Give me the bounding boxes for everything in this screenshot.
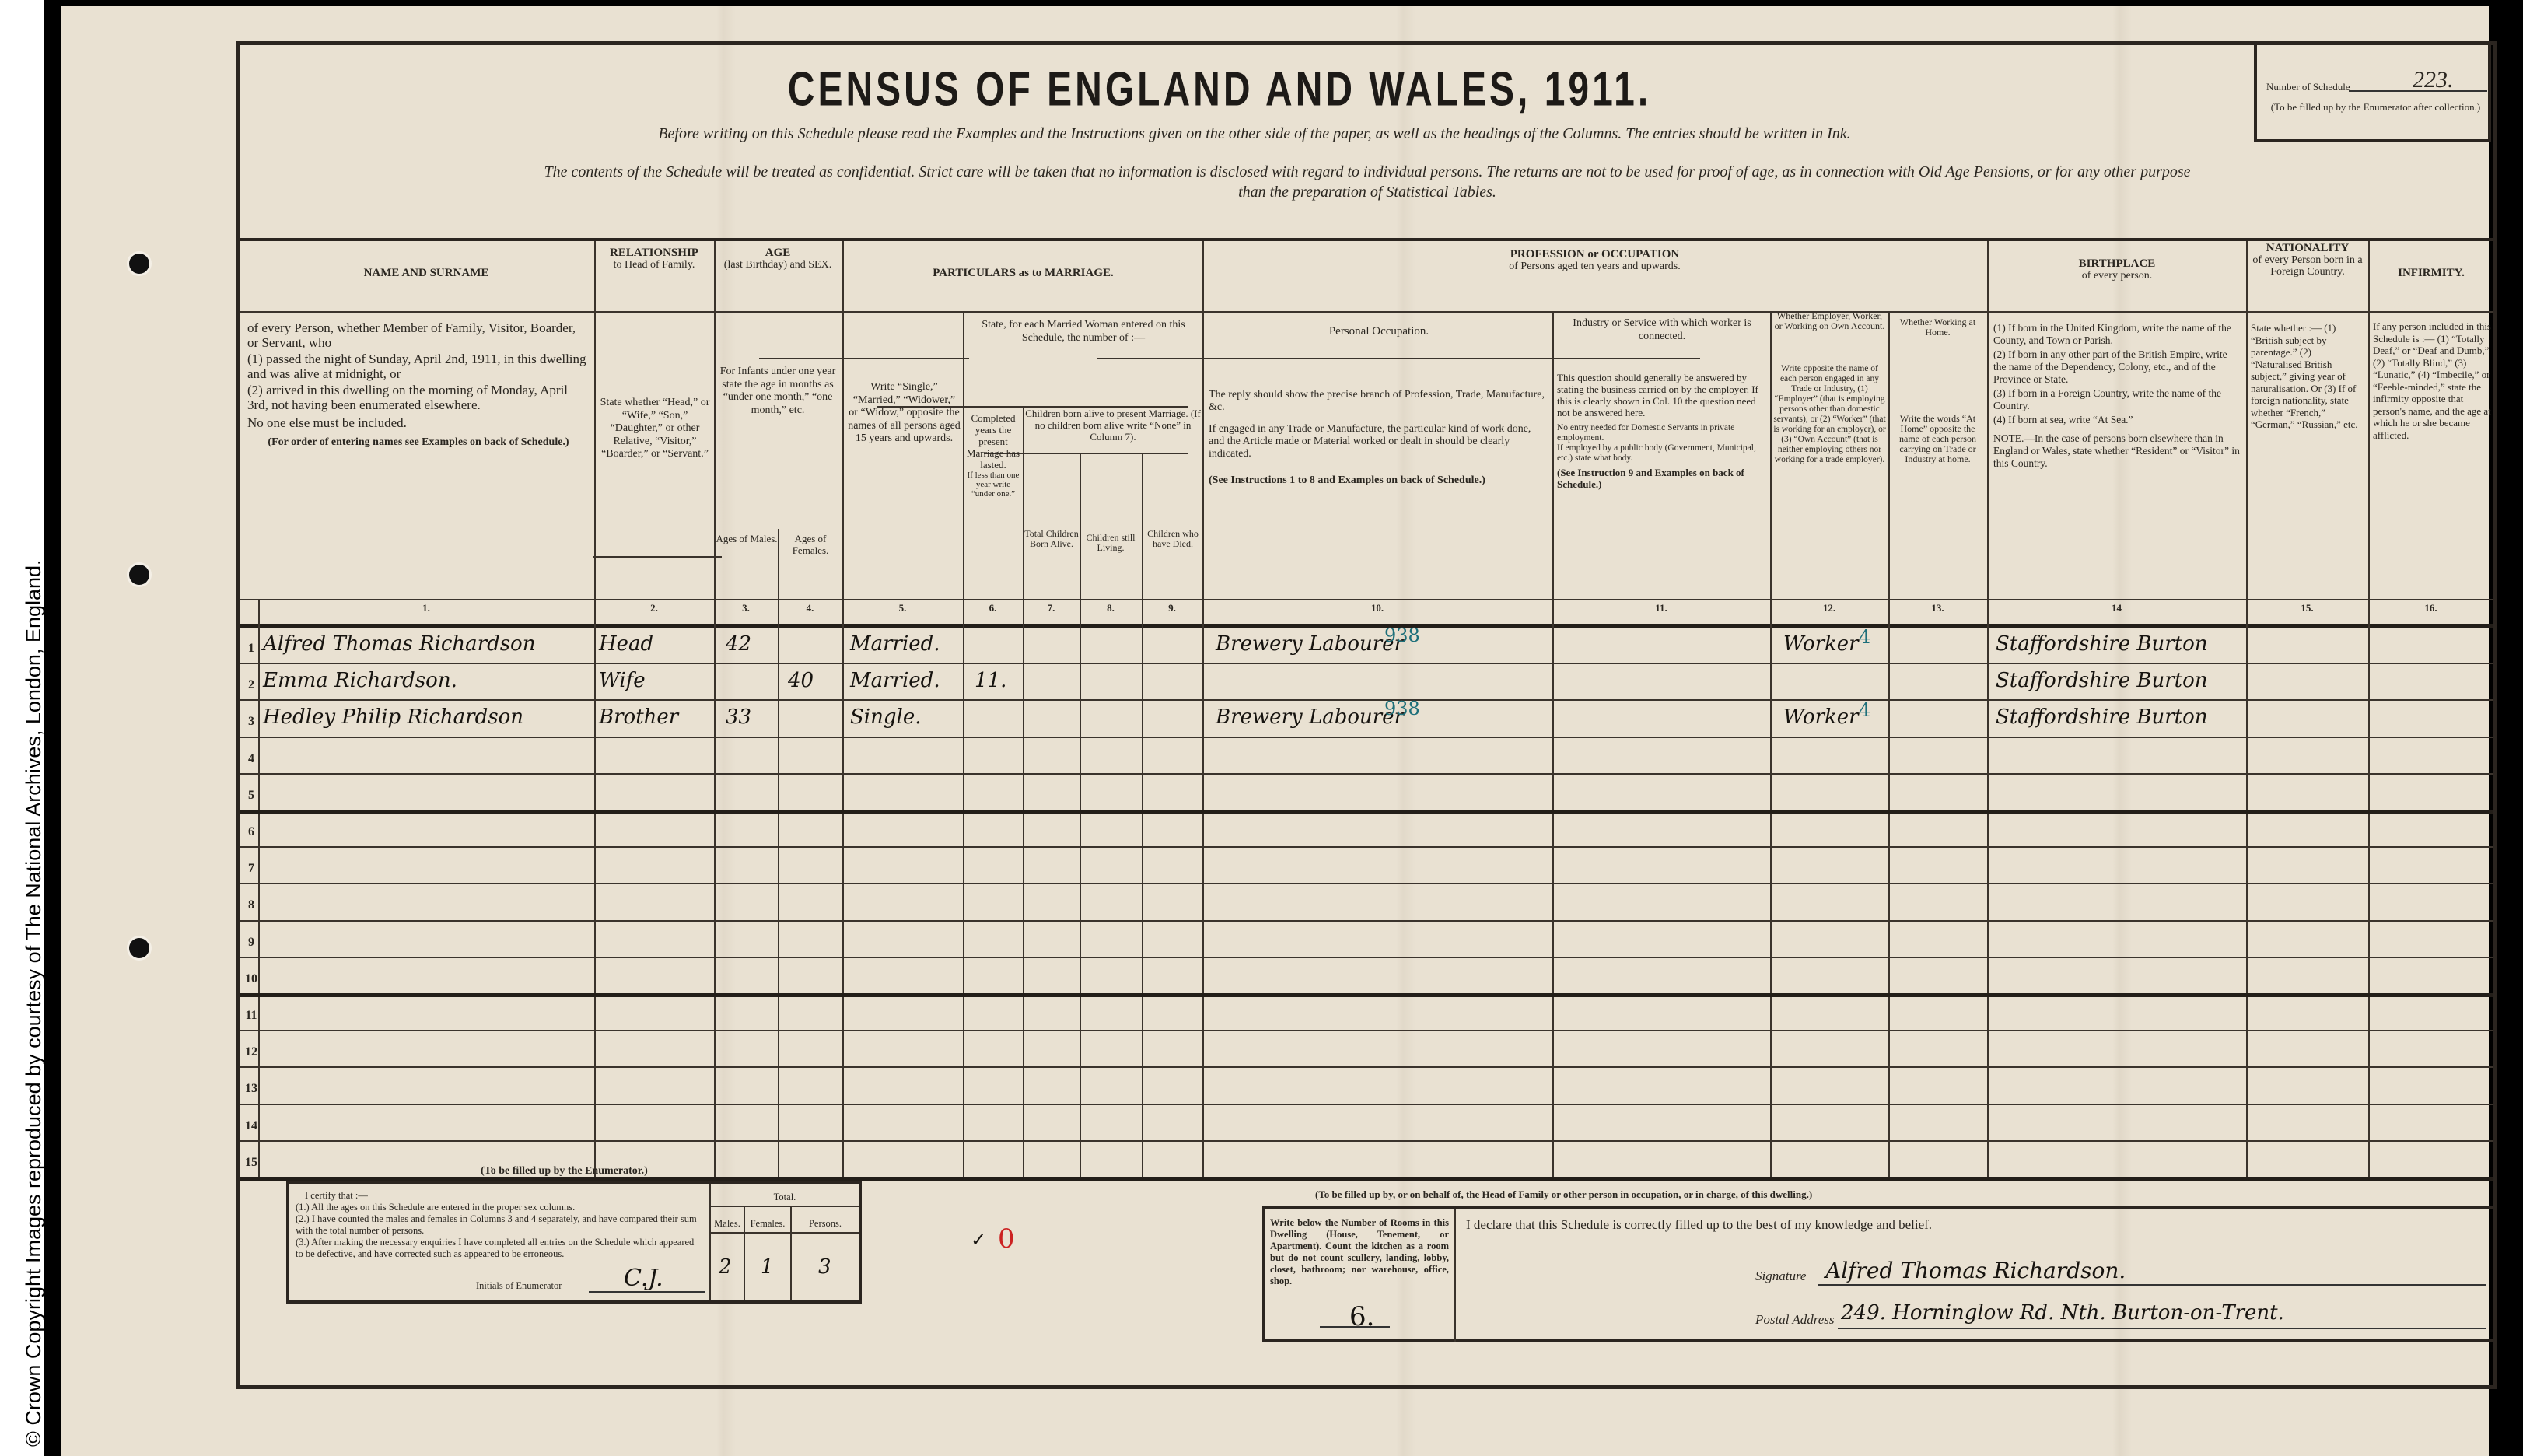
copyright-strip: © Crown Copyright Images reproduced by c… (0, 0, 44, 1456)
row-number: 9 (243, 936, 260, 950)
census-table: NAME AND SURNAME of every Person, whethe… (240, 238, 2493, 1178)
working-at-home-instructions: Write the words “At Home” opposite the n… (1890, 414, 1986, 464)
males-total[interactable]: 2 (719, 1255, 732, 1279)
instruction-line: Before writing on this Schedule please r… (457, 125, 2052, 143)
married-woman-instructions: State, for each Married Woman entered on… (967, 319, 1200, 345)
column-heading-occupation: PROFESSION or OCCUPATIONof Persons aged … (1204, 249, 1986, 272)
column-number-5: 5. (842, 602, 963, 614)
schedule-number-value[interactable]: 223. (2413, 67, 2454, 93)
age-male-cell[interactable]: 42 (726, 632, 751, 656)
females-label: Females. (745, 1218, 790, 1230)
column-heading-marriage: PARTICULARS as to MARRIAGE. (846, 268, 1200, 279)
page-title: CENSUS OF ENGLAND AND WALES, 1911. (240, 62, 2199, 118)
persons-label: Persons. (792, 1218, 859, 1230)
column-number-14: 14 (1987, 602, 2246, 614)
birthplace-cell[interactable]: Staffordshire Burton (1996, 632, 2208, 656)
confidential-line: The contents of the Schedule will be tre… (263, 163, 2472, 181)
years-married-heading: Completed years the present Marriage has… (964, 412, 1022, 499)
schedule-frame: CENSUS OF ENGLAND AND WALES, 1911. Befor… (236, 41, 2497, 1389)
column-heading-relationship: RELATIONSHIPto Head of Family. (596, 247, 712, 271)
ages-of-males-heading: Ages of Males. (716, 533, 778, 544)
enumerator-heading: (To be filled up by the Enumerator.) (481, 1165, 648, 1178)
table-row: 8 (240, 884, 2493, 921)
certificate-text: I certify that :— (1.) All the ages on t… (296, 1190, 704, 1260)
row-number: 11 (243, 1009, 260, 1023)
column-number-6: 6. (963, 602, 1023, 614)
personal-occupation-heading: Personal Occupation. (1208, 325, 1550, 338)
years-married-cell[interactable]: 11. (975, 669, 1006, 692)
employer-status-instructions: Write opposite the name of each person e… (1772, 364, 1887, 465)
schedule-number-box: Number of Schedule 223. (To be filled up… (2254, 45, 2491, 142)
rooms-value[interactable]: 6. (1349, 1301, 1374, 1332)
confidential-line-2: than the preparation of Statistical Tabl… (263, 184, 2472, 201)
name-instructions: of every Person, whether Member of Famil… (247, 320, 590, 450)
total-label: Total. (711, 1192, 859, 1203)
age-female-cell[interactable]: 40 (788, 669, 814, 692)
row-number: 7 (243, 862, 260, 876)
column-number-2: 2. (594, 602, 714, 614)
females-total[interactable]: 1 (761, 1255, 774, 1279)
relationship-cell[interactable]: Wife (599, 669, 646, 692)
birthplace-cell[interactable]: Staffordshire Burton (1996, 705, 2208, 729)
status-code-annotation: 4 (1859, 699, 1870, 721)
infirmity-instructions: If any person included in this Schedule … (2373, 320, 2491, 441)
schedule-number-note: (To be filled up by the Enumerator after… (2265, 101, 2486, 113)
column-number-7: 7. (1023, 602, 1080, 614)
occupation-code-annotation: 938 (1384, 698, 1420, 719)
row-number: 2 (243, 678, 260, 692)
column-number-9: 9. (1142, 602, 1202, 614)
personal-occupation-instructions: The reply should show the precise branch… (1209, 389, 1548, 487)
red-annotation: 0 (998, 1223, 1015, 1255)
check-mark: ✓ (971, 1229, 986, 1251)
table-row: 11 (240, 995, 2493, 1031)
table-row: 6 (240, 811, 2493, 848)
children-died-heading: Children who have Died. (1143, 529, 1202, 549)
row-number: 5 (243, 789, 260, 803)
column-number-13: 13. (1888, 602, 1987, 614)
table-row: 14 (240, 1105, 2493, 1142)
column-heading-name: NAME AND SURNAME (263, 268, 590, 279)
ages-of-females-heading: Ages of Females. (779, 533, 842, 556)
household-declaration-box: Write below the Number of Rooms in this … (1262, 1206, 2493, 1342)
column-heading-age: AGE(last Birthday) and SEX. (716, 247, 840, 271)
persons-total[interactable]: 3 (818, 1255, 831, 1279)
punch-hole (129, 254, 149, 274)
condition-cell[interactable]: Single. (850, 705, 921, 729)
column-number-1: 1. (258, 602, 594, 614)
schedule-number-label: Number of Schedule (2266, 81, 2350, 93)
row-number: 14 (243, 1119, 260, 1133)
punch-hole (129, 565, 149, 585)
row-number: 15 (243, 1156, 260, 1170)
column-number-15: 15. (2246, 602, 2368, 614)
household-heading: (To be filled up by, or on behalf of, th… (1315, 1188, 1812, 1201)
column-number-16: 16. (2368, 602, 2493, 614)
name-cell[interactable]: Emma Richardson. (263, 669, 457, 692)
table-row: 13 (240, 1068, 2493, 1104)
rooms-instructions: Write below the Number of Rooms in this … (1270, 1217, 1449, 1287)
declaration-text: I declare that this Schedule is correctl… (1466, 1217, 1932, 1233)
postal-address-value[interactable]: 249. Horninglow Rd. Nth. Burton-on-Trent… (1841, 1301, 2284, 1325)
industry-heading: Industry or Service with which worker is… (1555, 317, 1769, 343)
row-number: 1 (243, 642, 260, 656)
column-number-3: 3. (714, 602, 778, 614)
table-row: 4 (240, 738, 2493, 775)
age-male-cell[interactable]: 33 (726, 705, 751, 729)
signature-value[interactable]: Alfred Thomas Richardson. (1825, 1258, 2126, 1283)
occupation-cell[interactable]: Brewery Labourer (1216, 632, 1404, 656)
children-living-heading: Children still Living. (1081, 533, 1140, 553)
marriage-condition-instructions: Write “Single,” “Married,” “Widower,” or… (848, 381, 961, 446)
status-code-annotation: 4 (1859, 626, 1870, 648)
column-number-4: 4. (778, 602, 842, 614)
name-cell[interactable]: Hedley Philip Richardson (263, 705, 523, 729)
table-row: 5 (240, 775, 2493, 811)
table-row: 9 (240, 922, 2493, 958)
row-number: 6 (243, 825, 260, 839)
occupation-code-annotation: 938 (1384, 625, 1420, 646)
table-row: 10 (240, 958, 2493, 995)
condition-cell[interactable]: Married. (850, 632, 940, 656)
census-schedule-page: CENSUS OF ENGLAND AND WALES, 1911. Befor… (61, 6, 2489, 1456)
initials-value[interactable]: C.J. (624, 1265, 663, 1292)
age-instructions: For Infants under one year state the age… (717, 366, 838, 417)
relationship-cell[interactable]: Head (599, 632, 653, 656)
copyright-notice: © Crown Copyright Images reproduced by c… (22, 559, 46, 1447)
occupation-cell[interactable]: Brewery Labourer (1216, 705, 1404, 729)
industry-instructions: This question should generally be answer… (1557, 372, 1767, 490)
row-number: 8 (243, 898, 260, 912)
table-row: 3Hedley Philip RichardsonBrother33Single… (240, 701, 2493, 737)
table-row: 12 (240, 1031, 2493, 1068)
punch-hole (129, 938, 149, 958)
males-label: Males. (711, 1218, 744, 1230)
enumerator-certificate: I certify that :— (1.) All the ages on t… (286, 1181, 862, 1304)
postal-address-label: Postal Address (1755, 1312, 1835, 1328)
row-number: 13 (243, 1082, 260, 1096)
column-heading-nationality: NATIONALITYof every Person born in a For… (2248, 243, 2367, 278)
row-number: 4 (243, 752, 260, 766)
birthplace-instructions: (1) If born in the United Kingdom, write… (1993, 322, 2242, 470)
nationality-instructions: State whether :— (1) “British subject by… (2251, 322, 2364, 431)
column-number-12: 12. (1770, 602, 1888, 614)
total-children-heading: Total Children Born Alive. (1024, 529, 1079, 549)
table-row: 2Emma Richardson.Wife40Married.11.Staffo… (240, 664, 2493, 701)
column-number-10: 10. (1202, 602, 1552, 614)
birthplace-cell[interactable]: Staffordshire Burton (1996, 669, 2208, 692)
column-number-8: 8. (1080, 602, 1142, 614)
employer-status-heading: Whether Employer, Worker, or Working on … (1772, 311, 1887, 331)
name-cell[interactable]: Alfred Thomas Richardson (263, 632, 535, 656)
column-heading-infirmity: INFIRMITY. (2370, 268, 2493, 279)
column-heading-birthplace: BIRTHPLACEof every person. (1989, 258, 2245, 282)
relationship-cell[interactable]: Brother (599, 705, 678, 729)
working-at-home-heading: Whether Working at Home. (1890, 317, 1986, 338)
relationship-instructions: State whether “Head,” or “Wife,” “Son,” … (599, 397, 711, 461)
row-number: 10 (243, 972, 260, 986)
column-number-11: 11. (1552, 602, 1770, 614)
employment-status-cell[interactable]: Worker (1783, 705, 1859, 729)
initials-label: Initials of Enumerator (476, 1280, 562, 1292)
row-number: 12 (243, 1045, 260, 1059)
signature-label: Signature (1755, 1269, 1806, 1284)
table-row: 7 (240, 848, 2493, 884)
children-heading: Children born alive to present Marriage.… (1025, 408, 1201, 443)
employment-status-cell[interactable]: Worker (1783, 632, 1859, 656)
table-row: 1Alfred Thomas RichardsonHead42Married.B… (240, 628, 2493, 664)
condition-cell[interactable]: Married. (850, 669, 940, 692)
row-number: 3 (243, 715, 260, 729)
